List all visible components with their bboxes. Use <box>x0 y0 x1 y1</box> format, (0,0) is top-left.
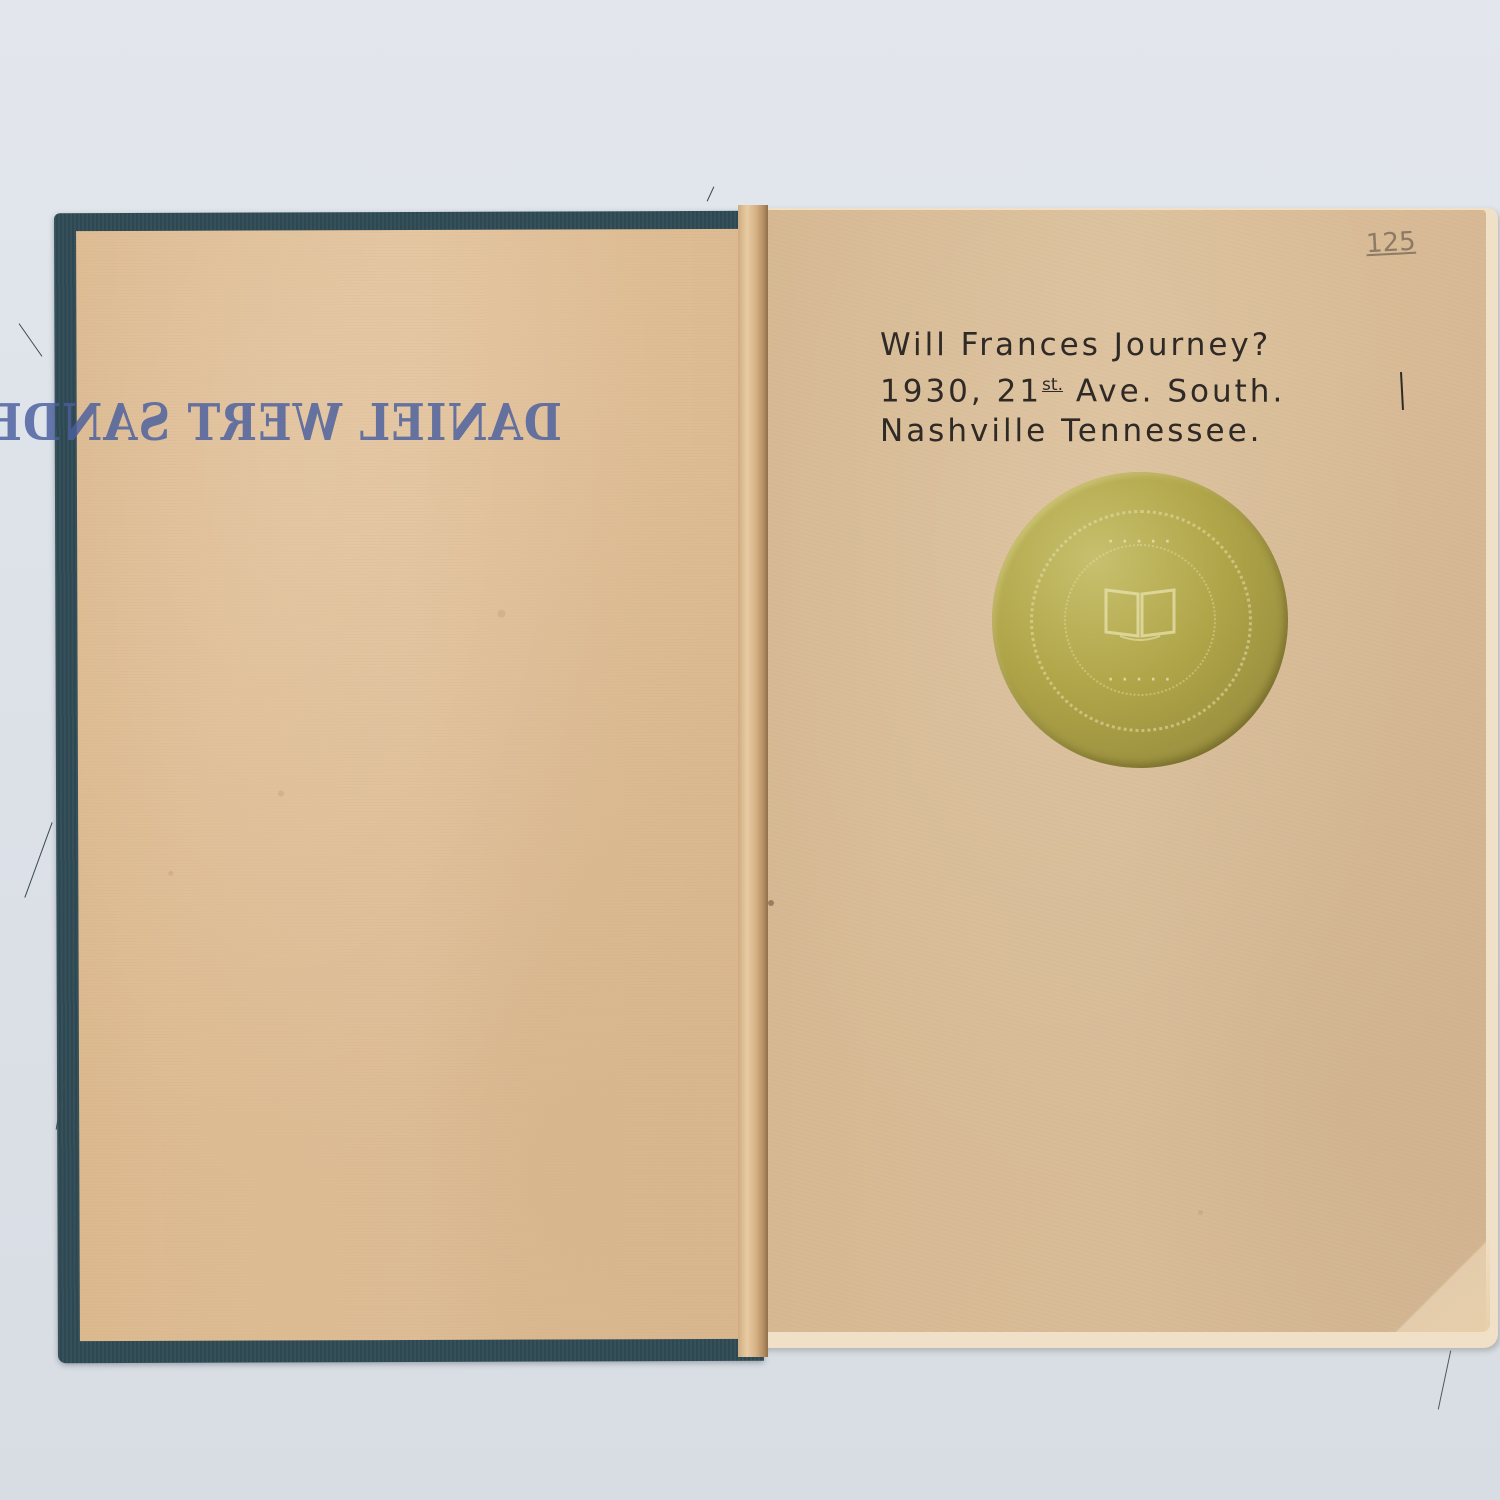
paper-stain <box>278 790 284 796</box>
paper-stain <box>1198 1210 1203 1215</box>
corner-crease <box>1390 1240 1490 1332</box>
handwritten-inscription: Will Frances Journey? 1930, 21st. Ave. S… <box>880 325 1285 451</box>
inscription-line-1: Will Frances Journey? <box>880 325 1285 365</box>
photo-scene: DANIEL WERT SANDERS 125 Will Frances Jou… <box>0 0 1500 1500</box>
inscription-line-2: 1930, 21st. Ave. South. <box>880 365 1285 411</box>
gold-seal: · · · · · · · · · · <box>992 472 1288 768</box>
stray-hair <box>1438 1351 1451 1410</box>
paper-stain <box>168 871 173 876</box>
frayed-thread <box>707 187 715 202</box>
owner-stamp: DANIEL WERT SANDERS <box>150 394 562 453</box>
pencil-number: 125 <box>1365 227 1416 260</box>
frayed-thread <box>24 822 52 898</box>
inscription-line-3: Nashville Tennessee. <box>880 411 1285 451</box>
seal-top-text: · · · · · <box>992 534 1288 550</box>
paper-stain <box>768 900 774 906</box>
frayed-thread <box>19 323 43 356</box>
book-hinge <box>738 205 768 1357</box>
seal-bottom-text: · · · · · <box>992 672 1288 688</box>
paper-stain <box>497 610 505 618</box>
open-book-icon <box>1100 580 1180 644</box>
